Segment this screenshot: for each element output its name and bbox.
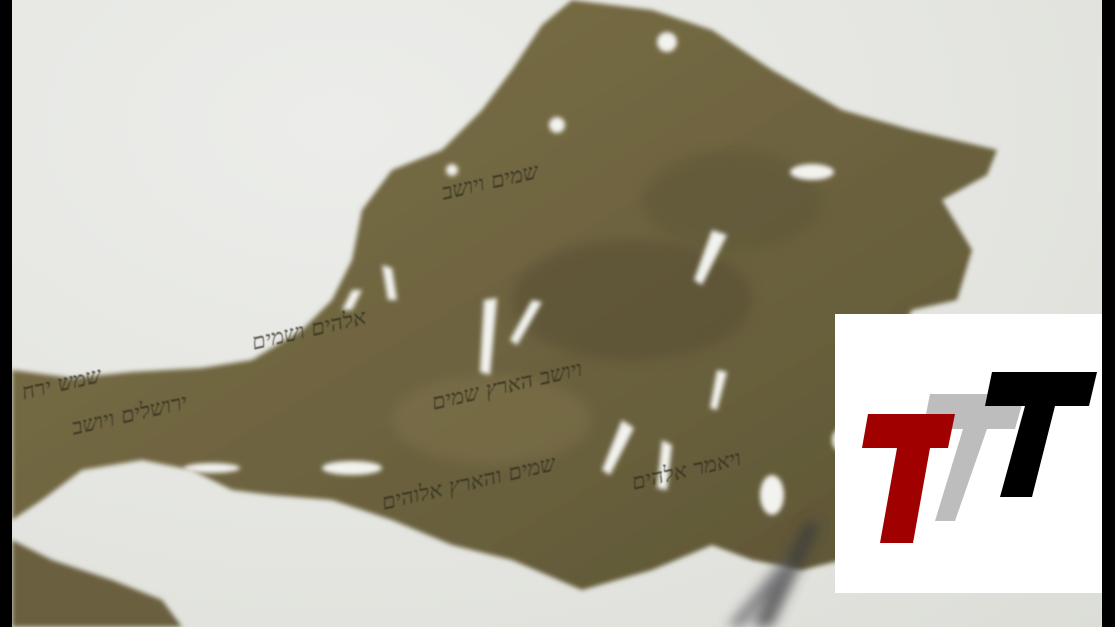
ttt-logo (835, 314, 1102, 593)
ttt-logo-icon (835, 314, 1102, 593)
